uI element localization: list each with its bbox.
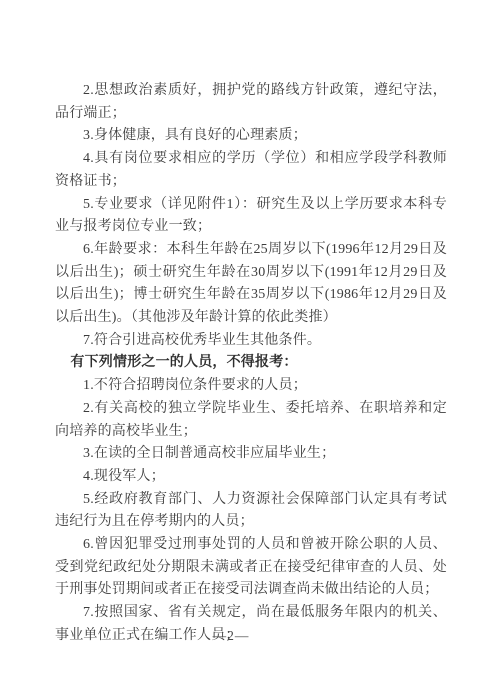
page-number: —2— — [0, 626, 462, 646]
ineligible-item-1: 1.不符合招聘岗位条件要求的人员； — [55, 375, 447, 398]
ineligible-section-heading: 有下列情形之一的人员，不得报考： — [55, 352, 447, 375]
eligibility-item-7: 7.符合引进高校优秀毕业生其他条件。 — [55, 330, 447, 353]
document-body: 2.思想政治素质好，拥护党的路线方针政策，遵纪守法，品行端正； 3.身体健康，具… — [55, 80, 447, 648]
eligibility-item-3: 3.身体健康，具有良好的心理素质； — [55, 125, 447, 148]
ineligible-item-5: 5.经政府教育部门、人力资源社会保障部门认定具有考试违纪行为且在停考期内的人员； — [55, 489, 447, 534]
ineligible-item-4: 4.现役军人； — [55, 466, 447, 489]
document-page: 2.思想政治素质好，拥护党的路线方针政策，遵纪守法，品行端正； 3.身体健康，具… — [0, 0, 490, 693]
eligibility-item-6: 6.年龄要求：本科生年龄在25周岁以下(1996年12月29日及以后出生)；硕士… — [55, 239, 447, 330]
ineligible-item-6: 6.曾因犯罪受过刑事处罚的人员和曾被开除公职的人员、受到党纪政纪处分期限未满或者… — [55, 534, 447, 602]
eligibility-item-2: 2.思想政治素质好，拥护党的路线方针政策，遵纪守法，品行端正； — [55, 80, 447, 125]
ineligible-item-2: 2.有关高校的独立学院毕业生、委托培养、在职培养和定向培养的高校毕业生； — [55, 398, 447, 443]
eligibility-item-4: 4.具有岗位要求相应的学历（学位）和相应学段学科教师资格证书； — [55, 148, 447, 193]
eligibility-item-5: 5.专业要求（详见附件1）：研究生及以上学历要求本科专业与报考岗位专业一致； — [55, 194, 447, 239]
ineligible-item-3: 3.在读的全日制普通高校非应届毕业生； — [55, 443, 447, 466]
